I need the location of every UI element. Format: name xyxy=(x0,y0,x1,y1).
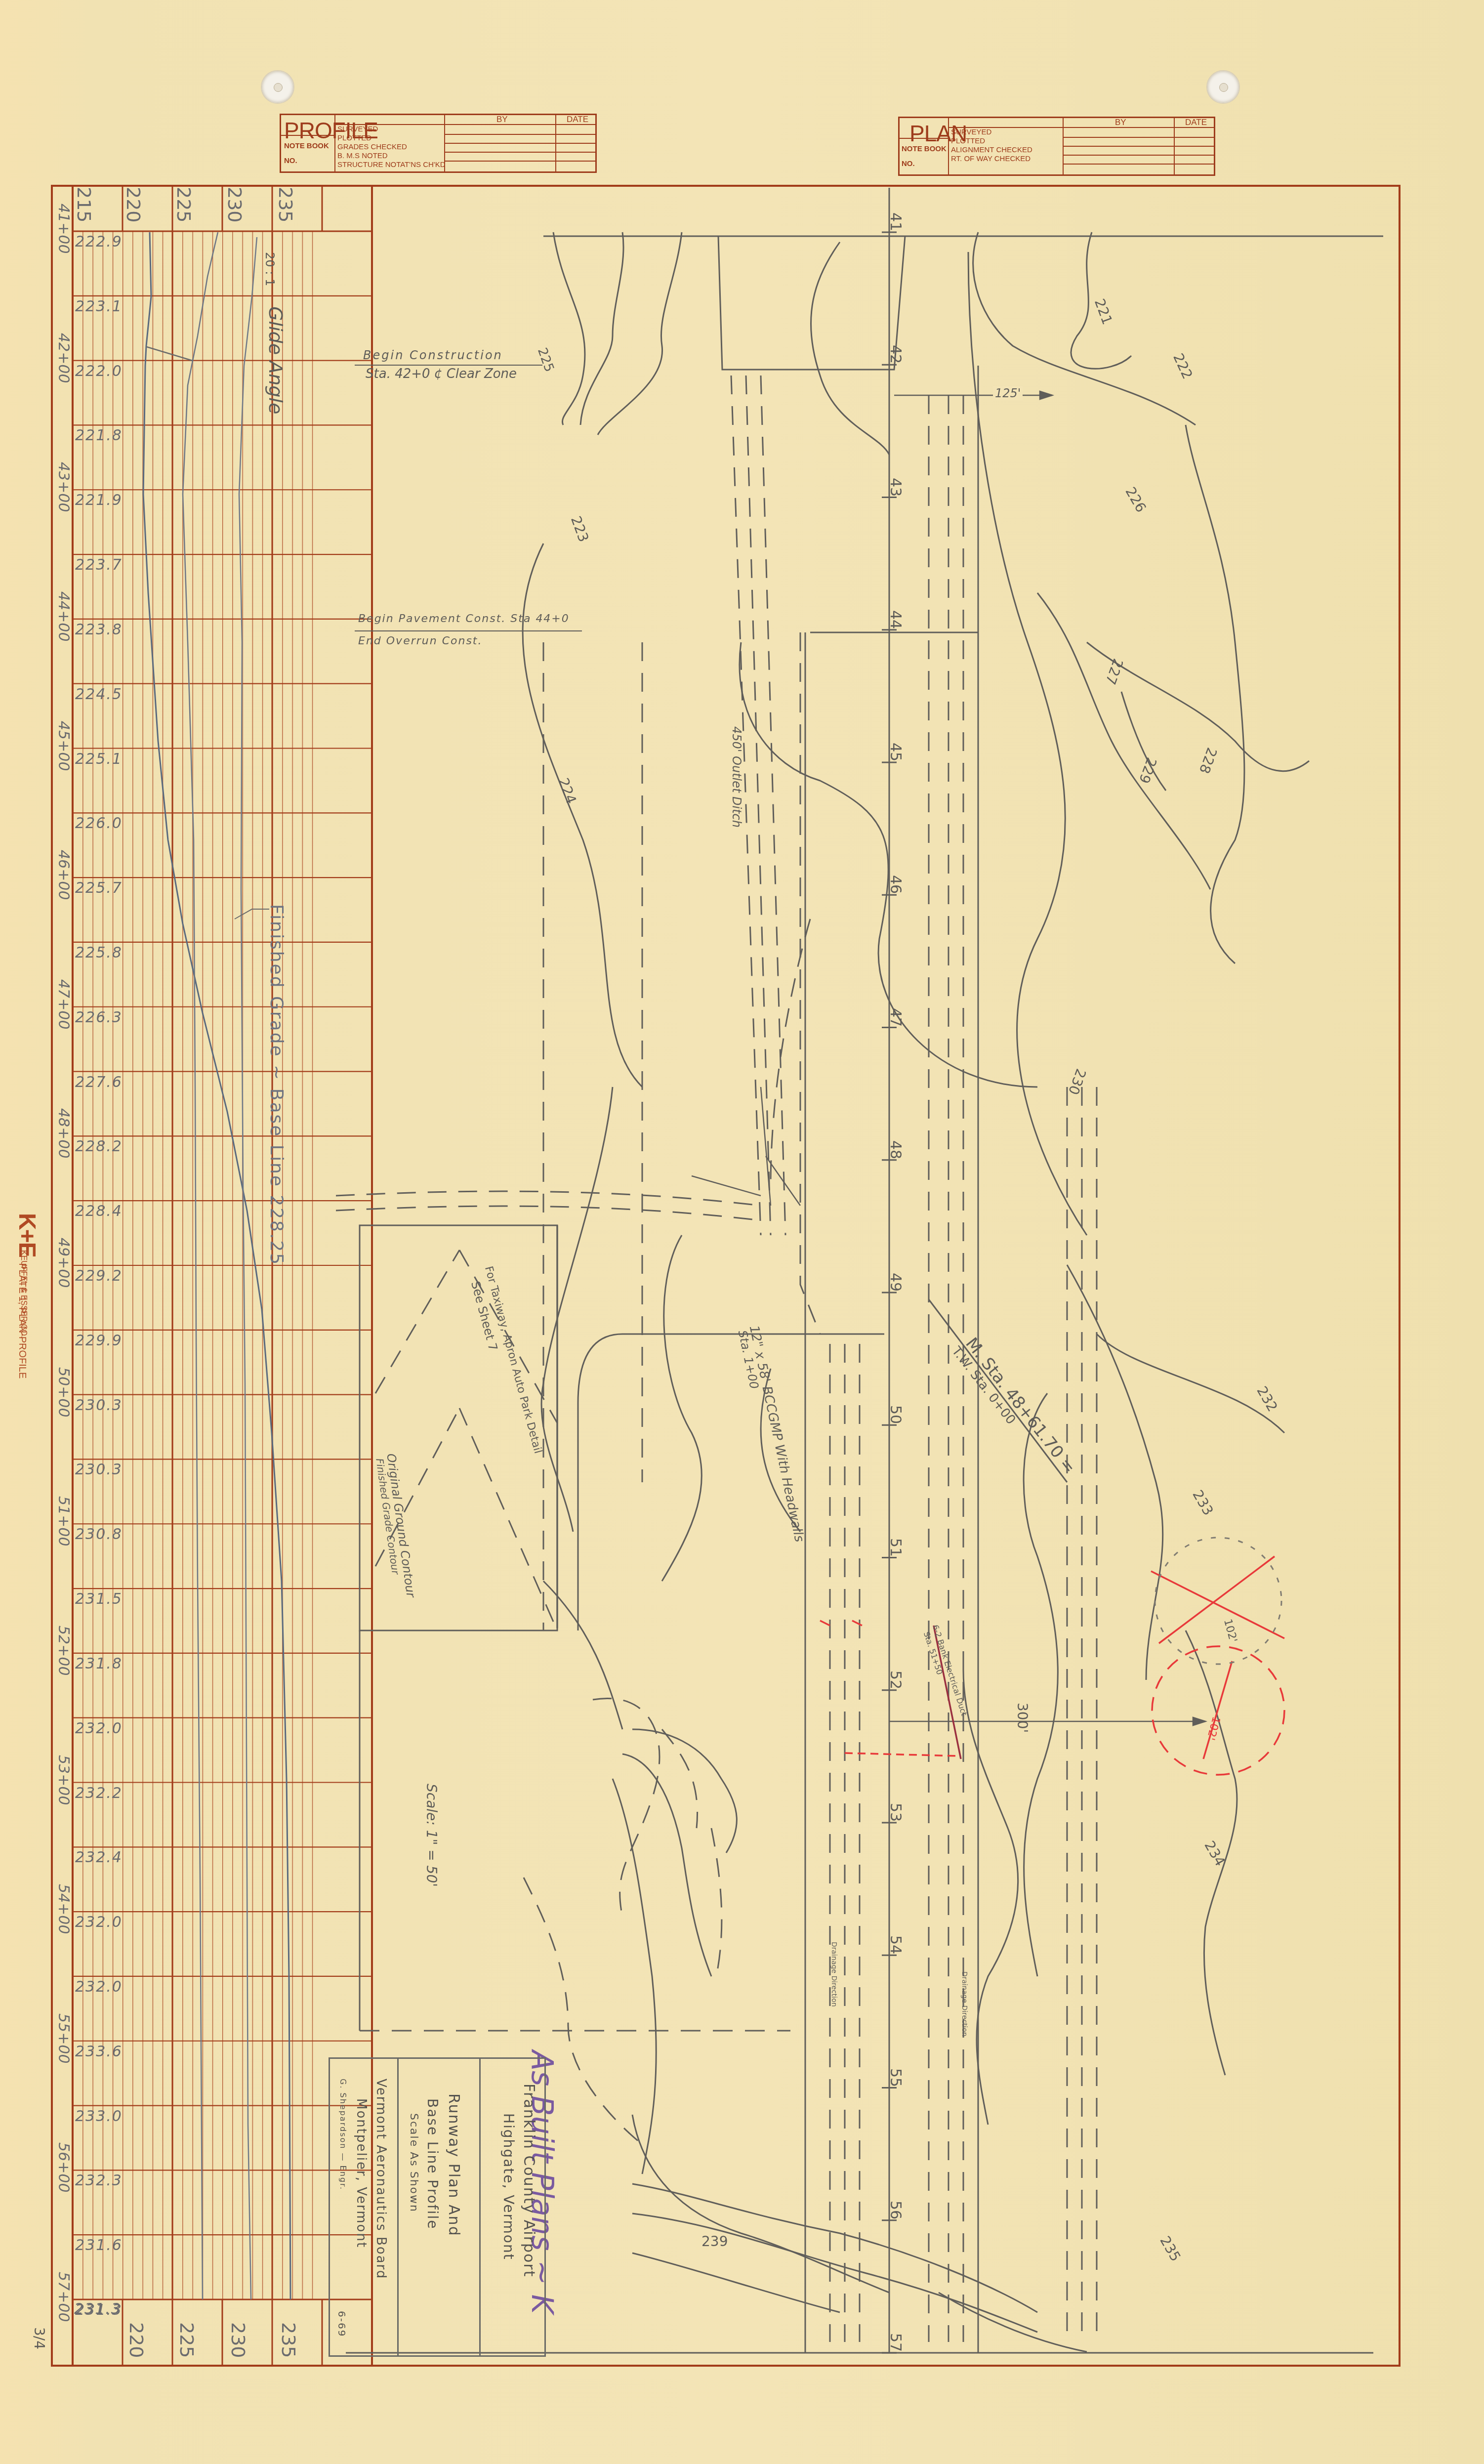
dimension-125: 125' xyxy=(993,386,1023,400)
drainage-direction-left: Drainage Direction xyxy=(830,1942,838,2007)
centerline-station: 49 xyxy=(887,1273,904,1292)
end-overrun-note: End Overrun Const. xyxy=(358,635,483,647)
title-engineer: G. Shepardson — Engr. xyxy=(338,2079,348,2190)
centerline-station: 54 xyxy=(887,1935,904,1954)
drawing-sheet: PROFILE NOTE BOOK NO. BY DATE SURVEYED P… xyxy=(0,0,1484,2464)
contour-label-239: 239 xyxy=(701,2233,728,2250)
scale-note: Scale: 1" = 50' xyxy=(423,1784,440,1887)
centerline-station: 53 xyxy=(887,1803,904,1822)
centerline-station: 43 xyxy=(887,478,904,497)
drainage-direction-right: Drainage Direction xyxy=(960,1971,968,2037)
begin-construction-station: Sta. 42+0 ¢ Clear Zone xyxy=(366,367,517,381)
title-sheet-name: Runway Plan And xyxy=(445,2093,462,2237)
centerline-station: 46 xyxy=(887,875,904,894)
begin-construction-underline xyxy=(355,365,542,366)
title-agency-city: Montpelier, Vermont xyxy=(354,2098,369,2248)
title-date: 6-69 xyxy=(336,2311,348,2337)
centerline-station: 50 xyxy=(887,1405,904,1424)
centerline-station: 47 xyxy=(887,1008,904,1027)
outlet-ditch-note: 450' Outlet Ditch xyxy=(730,726,743,828)
centerline-station: 52 xyxy=(887,1671,904,1689)
centerline-station: 41 xyxy=(887,212,904,231)
title-agency: Vermont Aeronautics Board xyxy=(373,2079,388,2279)
centerline-station: 42 xyxy=(887,345,904,364)
centerline-station: 51 xyxy=(887,1538,904,1557)
centerline-station: 56 xyxy=(887,2201,904,2219)
centerline-station: 55 xyxy=(887,2068,904,2087)
dimension-300: 300' xyxy=(1014,1703,1031,1733)
title-location: Highgate, Vermont xyxy=(500,2113,517,2260)
title-scale: Scale As Shown xyxy=(408,2113,420,2213)
plan-drawing xyxy=(0,0,1484,2464)
begin-pavement-underline xyxy=(355,630,582,631)
drawing-title-block: Franklin County Airport Highgate, Vermon… xyxy=(329,2057,546,2357)
centerline-station: 57 xyxy=(887,2333,904,2352)
centerline-station: 48 xyxy=(887,1140,904,1159)
title-sheet-subname: Base Line Profile xyxy=(424,2098,441,2229)
begin-pavement-note: Begin Pavement Const. Sta 44+0 xyxy=(358,613,570,625)
centerline-station: 44 xyxy=(887,610,904,629)
begin-construction-note: Begin Construction xyxy=(363,348,503,362)
title-airport: Franklin County Airport xyxy=(520,2084,537,2277)
centerline-station: 45 xyxy=(887,743,904,761)
